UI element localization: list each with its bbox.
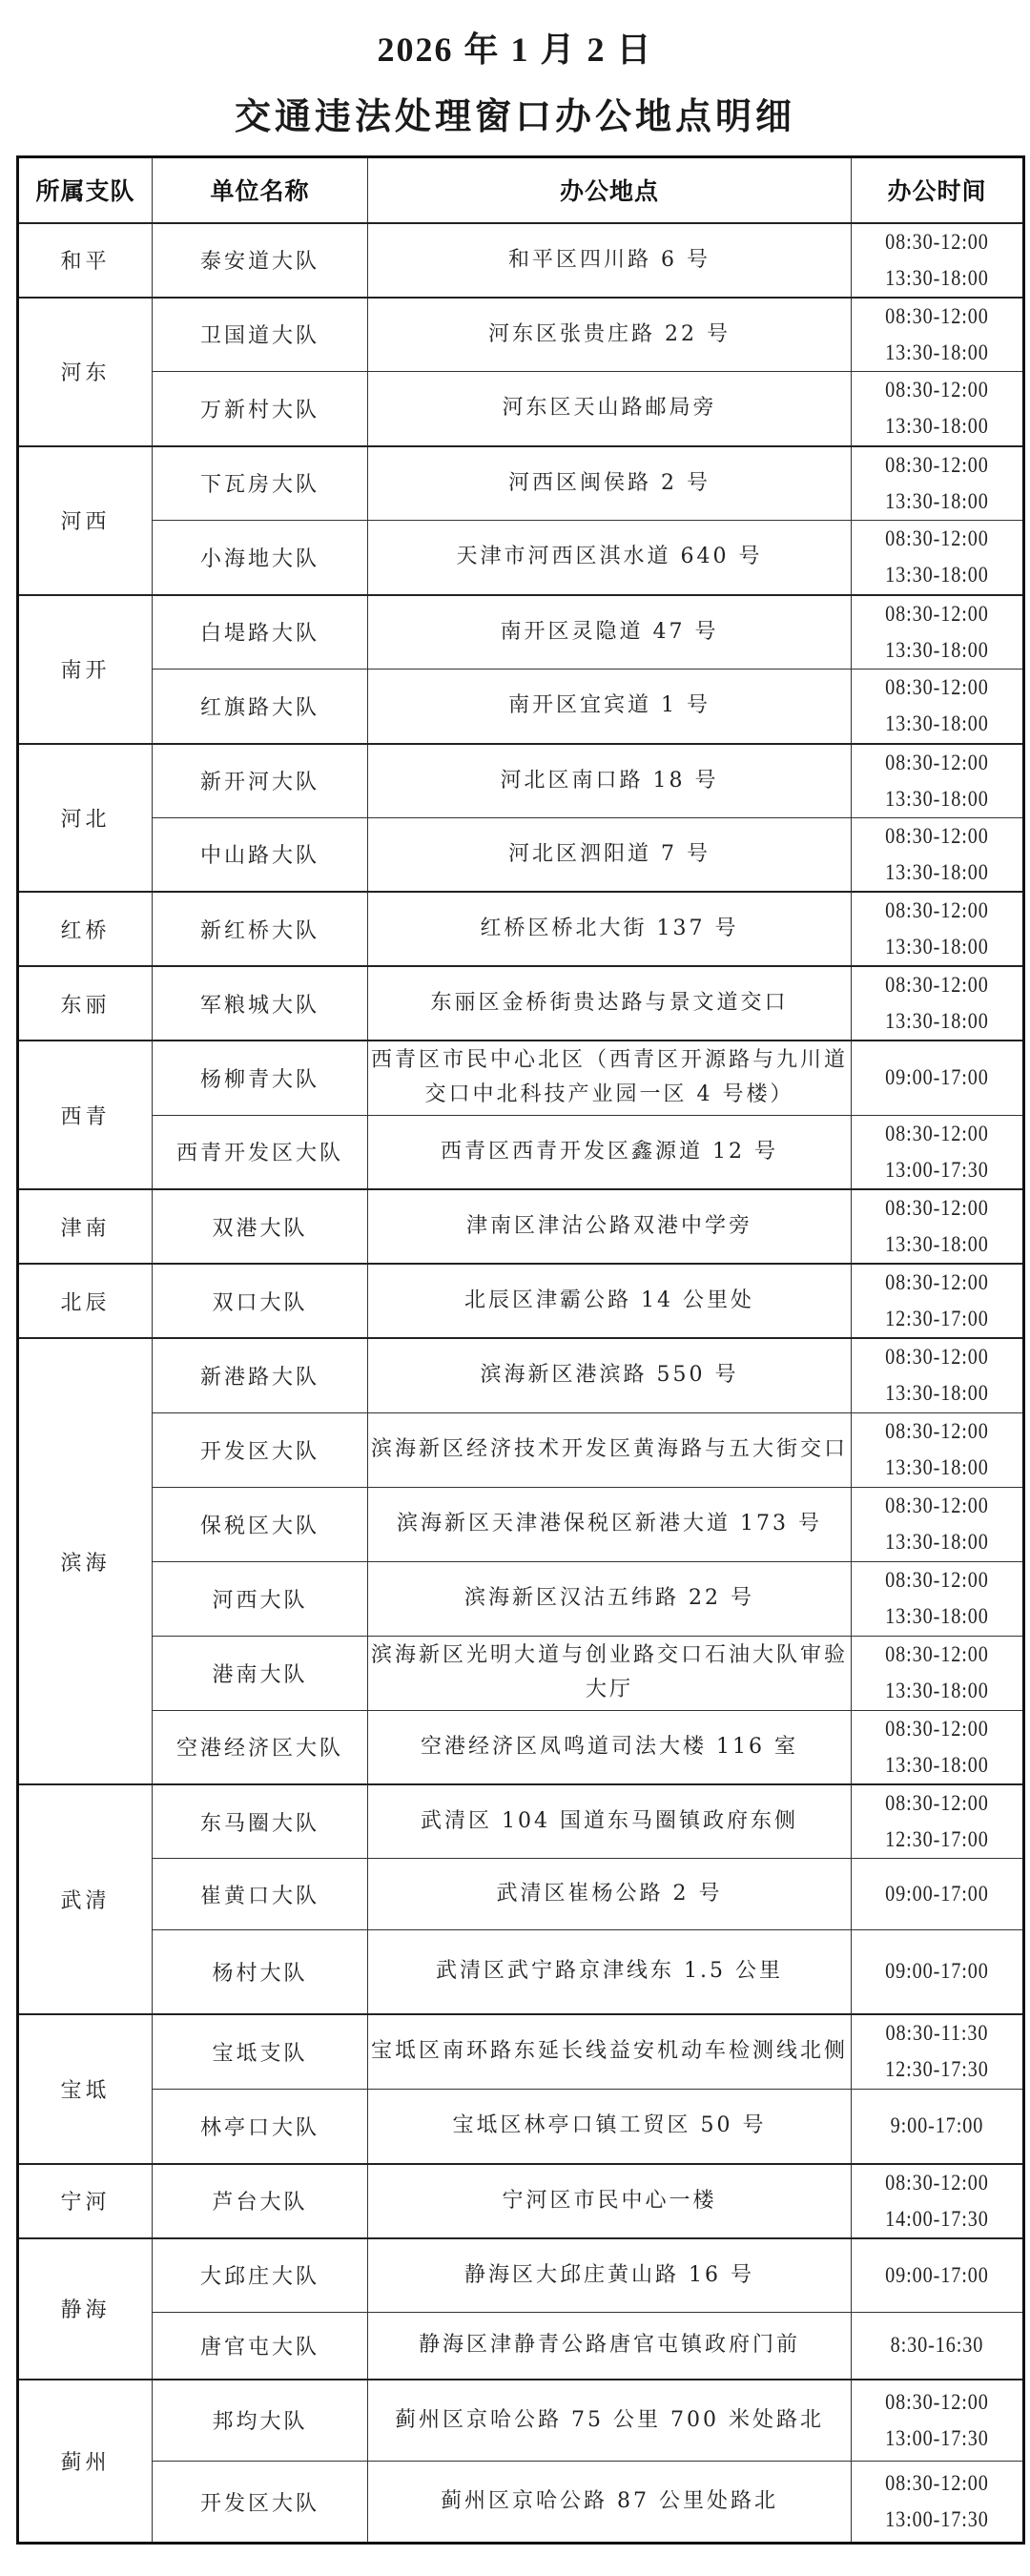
address-cell: 滨海新区汉沽五纬路 22 号: [368, 1561, 852, 1636]
unit-name-cell: 东马圈大队: [153, 1784, 368, 1859]
hours-slot: 13:30-18:00: [862, 632, 1013, 669]
hours-slot: 09:00-17:00: [862, 1876, 1013, 1912]
unit-name-cell: 杨村大队: [153, 1930, 368, 2014]
hours-slot: 13:30-18:00: [862, 1450, 1013, 1486]
table-row: 宝坻宝坻支队宝坻区南环路东延长线益安机动车检测线北侧08:30-11:3012:…: [18, 2014, 1024, 2090]
hours-slot: 13:30-18:00: [862, 1003, 1013, 1040]
unit-name-cell: 崔黄口大队: [153, 1859, 368, 1930]
hours-slot: 08:30-12:00: [862, 1637, 1013, 1673]
unit-name-cell: 泰安道大队: [153, 223, 368, 298]
table-row: 开发区大队滨海新区经济技术开发区黄海路与五大街交口08:30-12:0013:3…: [18, 1412, 1024, 1487]
hours-slot: 09:00-17:00: [862, 1060, 1013, 1096]
hours-cell: 08:30-12:0013:30-18:00: [852, 1561, 1024, 1636]
hours-cell: 08:30-12:0013:30-18:00: [852, 966, 1024, 1041]
table-row: 津南双港大队津南区津沽公路双港中学旁08:30-12:0013:30-18:00: [18, 1189, 1024, 1264]
table-row: 河西大队滨海新区汉沽五纬路 22 号08:30-12:0013:30-18:00: [18, 1561, 1024, 1636]
hours-cell: 8:30-16:30: [852, 2313, 1024, 2380]
hours-cell: 08:30-12:0013:00-17:30: [852, 2380, 1024, 2462]
table-row: 北辰双口大队北辰区津霸公路 14 公里处08:30-12:0012:30-17:…: [18, 1264, 1024, 1338]
branch-cell: 滨海: [18, 1338, 153, 1784]
table-row: 红旗路大队南开区宜宾道 1 号08:30-12:0013:30-18:00: [18, 670, 1024, 744]
hours-cell: 08:30-12:0013:30-18:00: [852, 223, 1024, 298]
address-cell: 宁河区市民中心一楼: [368, 2164, 852, 2238]
unit-name-cell: 红旗路大队: [153, 670, 368, 744]
hours-slot: 08:30-12:00: [862, 1413, 1013, 1450]
hours-cell: 09:00-17:00: [852, 2238, 1024, 2313]
table-row: 开发区大队蓟州区京哈公路 87 公里处路北08:30-12:0013:00-17…: [18, 2462, 1024, 2544]
hours-slot: 13:00-17:30: [862, 1152, 1013, 1188]
address-cell: 静海区大邱庄黄山路 16 号: [368, 2238, 852, 2313]
hours-slot: 08:30-12:00: [862, 2465, 1013, 2502]
hours-slot: 08:30-12:00: [862, 596, 1013, 632]
unit-name-cell: 新开河大队: [153, 744, 368, 818]
hours-slot: 08:30-12:00: [862, 1488, 1013, 1524]
unit-name-cell: 杨柳青大队: [153, 1041, 368, 1115]
table-row: 红桥新红桥大队红桥区桥北大街 137 号08:30-12:0013:30-18:…: [18, 892, 1024, 966]
hours-cell: 9:00-17:00: [852, 2090, 1024, 2164]
header-branch: 所属支队: [18, 157, 153, 223]
address-cell: 西青区市民中心北区（西青区开源路与九川道交口中北科技产业园一区 4 号楼）: [368, 1041, 852, 1115]
hours-slot: 13:30-18:00: [862, 1375, 1013, 1412]
hours-slot: 09:00-17:00: [862, 2257, 1013, 2294]
hours-cell: 08:30-12:0013:30-18:00: [852, 1189, 1024, 1264]
address-cell: 红桥区桥北大街 137 号: [368, 892, 852, 966]
hours-slot: 13:30-18:00: [862, 484, 1013, 520]
unit-name-cell: 新红桥大队: [153, 892, 368, 966]
unit-name-cell: 万新村大队: [153, 372, 368, 446]
hours-slot: 08:30-12:00: [862, 818, 1013, 855]
hours-cell: 08:30-12:0013:30-18:00: [852, 298, 1024, 372]
date-title: 2026 年 1 月 2 日: [0, 27, 1030, 72]
hours-slot: 13:30-18:00: [862, 1747, 1013, 1783]
unit-name-cell: 白堤路大队: [153, 595, 368, 670]
hours-slot: 13:30-18:00: [862, 408, 1013, 444]
unit-name-cell: 开发区大队: [153, 1412, 368, 1487]
table-row: 崔黄口大队武清区崔杨公路 2 号09:00-17:00: [18, 1859, 1024, 1930]
table-row: 和平泰安道大队和平区四川路 6 号08:30-12:0013:30-18:00: [18, 223, 1024, 298]
table-row: 唐官屯大队静海区津静青公路唐官屯镇政府门前8:30-16:30: [18, 2313, 1024, 2380]
branch-cell: 西青: [18, 1041, 153, 1189]
table-row: 林亭口大队宝坻区林亭口镇工贸区 50 号9:00-17:00: [18, 2090, 1024, 2164]
main-title: 交通违法处理窗口办公地点明细: [0, 93, 1030, 139]
unit-name-cell: 芦台大队: [153, 2164, 368, 2238]
address-cell: 滨海新区光明大道与创业路交口石油大队审验大厅: [368, 1636, 852, 1710]
hours-slot: 14:00-17:30: [862, 2201, 1013, 2237]
address-cell: 河西区闽侯路 2 号: [368, 446, 852, 521]
hours-cell: 08:30-12:0012:30-17:00: [852, 1784, 1024, 1859]
hours-slot: 12:30-17:30: [862, 2051, 1013, 2088]
hours-slot: 08:30-11:30: [862, 2015, 1013, 2051]
hours-slot: 09:00-17:00: [862, 1953, 1013, 1989]
branch-cell: 蓟州: [18, 2380, 153, 2544]
hours-slot: 08:30-12:00: [862, 372, 1013, 408]
branch-cell: 东丽: [18, 966, 153, 1041]
address-cell: 天津市河西区淇水道 640 号: [368, 521, 852, 595]
address-cell: 河东区张贵庄路 22 号: [368, 298, 852, 372]
address-cell: 东丽区金桥街贵达路与景文道交口: [368, 966, 852, 1041]
address-cell: 宝坻区林亭口镇工贸区 50 号: [368, 2090, 852, 2164]
hours-slot: 08:30-12:00: [862, 670, 1013, 706]
hours-slot: 08:30-12:00: [862, 745, 1013, 781]
unit-name-cell: 中山路大队: [153, 817, 368, 892]
branch-cell: 红桥: [18, 892, 153, 966]
header-address: 办公地点: [368, 157, 852, 223]
hours-slot: 13:30-18:00: [862, 781, 1013, 817]
table-row: 蓟州邦均大队蓟州区京哈公路 75 公里 700 米处路北08:30-12:001…: [18, 2380, 1024, 2462]
hours-slot: 13:00-17:30: [862, 2502, 1013, 2538]
table-row: 中山路大队河北区泗阳道 7 号08:30-12:0013:30-18:00: [18, 817, 1024, 892]
table-row: 东丽军粮城大队东丽区金桥街贵达路与景文道交口08:30-12:0013:30-1…: [18, 966, 1024, 1041]
table-body: 和平泰安道大队和平区四川路 6 号08:30-12:0013:30-18:00河…: [18, 223, 1024, 2544]
address-cell: 静海区津静青公路唐官屯镇政府门前: [368, 2313, 852, 2380]
table-row: 河东卫国道大队河东区张贵庄路 22 号08:30-12:0013:30-18:0…: [18, 298, 1024, 372]
hours-slot: 08:30-12:00: [862, 224, 1013, 260]
address-cell: 蓟州区京哈公路 75 公里 700 米处路北: [368, 2380, 852, 2462]
hours-cell: 08:30-11:3012:30-17:30: [852, 2014, 1024, 2090]
unit-name-cell: 双口大队: [153, 1264, 368, 1338]
address-cell: 宝坻区南环路东延长线益安机动车检测线北侧: [368, 2014, 852, 2090]
hours-slot: 13:30-18:00: [862, 706, 1013, 742]
table-row: 西青开发区大队西青区西青开发区鑫源道 12 号08:30-12:0013:00-…: [18, 1115, 1024, 1189]
hours-slot: 12:30-17:00: [862, 1301, 1013, 1337]
address-cell: 河北区泗阳道 7 号: [368, 817, 852, 892]
branch-cell: 北辰: [18, 1264, 153, 1338]
unit-name-cell: 西青开发区大队: [153, 1115, 368, 1189]
hours-slot: 13:30-18:00: [862, 855, 1013, 891]
address-cell: 津南区津沽公路双港中学旁: [368, 1189, 852, 1264]
address-cell: 空港经济区凤鸣道司法大楼 116 室: [368, 1710, 852, 1784]
unit-name-cell: 林亭口大队: [153, 2090, 368, 2164]
hours-slot: 08:30-12:00: [862, 967, 1013, 1003]
unit-name-cell: 下瓦房大队: [153, 446, 368, 521]
hours-slot: 9:00-17:00: [862, 2108, 1013, 2144]
unit-name-cell: 军粮城大队: [153, 966, 368, 1041]
hours-slot: 08:30-12:00: [862, 2384, 1013, 2421]
hours-slot: 08:30-12:00: [862, 447, 1013, 484]
hours-cell: 08:30-12:0013:30-18:00: [852, 744, 1024, 818]
address-cell: 西青区西青开发区鑫源道 12 号: [368, 1115, 852, 1189]
table-row: 武清东马圈大队武清区 104 国道东马圈镇政府东侧08:30-12:0012:3…: [18, 1784, 1024, 1859]
hours-slot: 13:30-18:00: [862, 1226, 1013, 1263]
branch-cell: 河东: [18, 298, 153, 446]
hours-cell: 08:30-12:0013:30-18:00: [852, 372, 1024, 446]
branch-cell: 津南: [18, 1189, 153, 1264]
hours-slot: 08:30-12:00: [862, 521, 1013, 557]
address-cell: 滨海新区天津港保税区新港大道 173 号: [368, 1487, 852, 1561]
hours-cell: 09:00-17:00: [852, 1859, 1024, 1930]
address-cell: 和平区四川路 6 号: [368, 223, 852, 298]
hours-slot: 13:30-18:00: [862, 335, 1013, 371]
address-cell: 南开区宜宾道 1 号: [368, 670, 852, 744]
unit-name-cell: 小海地大队: [153, 521, 368, 595]
hours-cell: 08:30-12:0013:30-18:00: [852, 1710, 1024, 1784]
hours-cell: 09:00-17:00: [852, 1930, 1024, 2014]
hours-slot: 08:30-12:00: [862, 1265, 1013, 1301]
office-locations-table: 所属支队 单位名称 办公地点 办公时间 和平泰安道大队和平区四川路 6 号08:…: [16, 155, 1025, 2545]
hours-slot: 08:30-12:00: [862, 1116, 1013, 1152]
unit-name-cell: 港南大队: [153, 1636, 368, 1710]
unit-name-cell: 保税区大队: [153, 1487, 368, 1561]
hours-slot: 8:30-16:30: [862, 2327, 1013, 2363]
branch-cell: 和平: [18, 223, 153, 298]
address-cell: 南开区灵隐道 47 号: [368, 595, 852, 670]
address-cell: 河东区天山路邮局旁: [368, 372, 852, 446]
hours-slot: 08:30-12:00: [862, 299, 1013, 335]
unit-name-cell: 宝坻支队: [153, 2014, 368, 2090]
unit-name-cell: 卫国道大队: [153, 298, 368, 372]
table-row: 杨村大队武清区武宁路京津线东 1.5 公里09:00-17:00: [18, 1930, 1024, 2014]
unit-name-cell: 河西大队: [153, 1561, 368, 1636]
branch-cell: 武清: [18, 1784, 153, 2014]
header-hours: 办公时间: [852, 157, 1024, 223]
hours-slot: 13:30-18:00: [862, 929, 1013, 965]
hours-slot: 08:30-12:00: [862, 1190, 1013, 1226]
header-row: 所属支队 单位名称 办公地点 办公时间: [18, 157, 1024, 223]
table-row: 滨海新港路大队滨海新区港滨路 550 号08:30-12:0013:30-18:…: [18, 1338, 1024, 1412]
table-row: 南开白堤路大队南开区灵隐道 47 号08:30-12:0013:30-18:00: [18, 595, 1024, 670]
header-unit: 单位名称: [153, 157, 368, 223]
address-cell: 武清区武宁路京津线东 1.5 公里: [368, 1930, 852, 2014]
hours-cell: 08:30-12:0013:00-17:30: [852, 2462, 1024, 2544]
table-row: 万新村大队河东区天山路邮局旁08:30-12:0013:30-18:00: [18, 372, 1024, 446]
hours-slot: 13:00-17:30: [862, 2421, 1013, 2457]
table-row: 空港经济区大队空港经济区凤鸣道司法大楼 116 室08:30-12:0013:3…: [18, 1710, 1024, 1784]
branch-cell: 宝坻: [18, 2014, 153, 2164]
address-cell: 河北区南口路 18 号: [368, 744, 852, 818]
table-row: 小海地大队天津市河西区淇水道 640 号08:30-12:0013:30-18:…: [18, 521, 1024, 595]
unit-name-cell: 开发区大队: [153, 2462, 368, 2544]
hours-cell: 08:30-12:0013:30-18:00: [852, 446, 1024, 521]
unit-name-cell: 唐官屯大队: [153, 2313, 368, 2380]
branch-cell: 河西: [18, 446, 153, 595]
hours-slot: 08:30-12:00: [862, 1711, 1013, 1747]
hours-cell: 08:30-12:0013:30-18:00: [852, 521, 1024, 595]
unit-name-cell: 大邱庄大队: [153, 2238, 368, 2313]
address-cell: 滨海新区经济技术开发区黄海路与五大街交口: [368, 1412, 852, 1487]
address-cell: 蓟州区京哈公路 87 公里处路北: [368, 2462, 852, 2544]
hours-cell: 08:30-12:0013:30-18:00: [852, 817, 1024, 892]
table-row: 保税区大队滨海新区天津港保税区新港大道 173 号08:30-12:0013:3…: [18, 1487, 1024, 1561]
table-row: 西青杨柳青大队西青区市民中心北区（西青区开源路与九川道交口中北科技产业园一区 4…: [18, 1041, 1024, 1115]
address-cell: 滨海新区港滨路 550 号: [368, 1338, 852, 1412]
hours-cell: 08:30-12:0012:30-17:00: [852, 1264, 1024, 1338]
hours-cell: 08:30-12:0013:30-18:00: [852, 670, 1024, 744]
address-cell: 北辰区津霸公路 14 公里处: [368, 1264, 852, 1338]
table-row: 河西下瓦房大队河西区闽侯路 2 号08:30-12:0013:30-18:00: [18, 446, 1024, 521]
branch-cell: 南开: [18, 595, 153, 744]
hours-cell: 08:30-12:0013:30-18:00: [852, 1412, 1024, 1487]
hours-cell: 08:30-12:0013:30-18:00: [852, 892, 1024, 966]
unit-name-cell: 双港大队: [153, 1189, 368, 1264]
hours-slot: 12:30-17:00: [862, 1822, 1013, 1858]
hours-cell: 08:30-12:0013:00-17:30: [852, 1115, 1024, 1189]
table-row: 静海大邱庄大队静海区大邱庄黄山路 16 号09:00-17:00: [18, 2238, 1024, 2313]
table-row: 宁河芦台大队宁河区市民中心一楼08:30-12:0014:00-17:30: [18, 2164, 1024, 2238]
hours-cell: 08:30-12:0013:30-18:00: [852, 1636, 1024, 1710]
hours-cell: 08:30-12:0013:30-18:00: [852, 1338, 1024, 1412]
unit-name-cell: 新港路大队: [153, 1338, 368, 1412]
hours-slot: 13:30-18:00: [862, 1598, 1013, 1635]
hours-slot: 08:30-12:00: [862, 1785, 1013, 1822]
hours-cell: 08:30-12:0014:00-17:30: [852, 2164, 1024, 2238]
address-cell: 武清区崔杨公路 2 号: [368, 1859, 852, 1930]
branch-cell: 河北: [18, 744, 153, 893]
hours-slot: 13:30-18:00: [862, 557, 1013, 593]
branch-cell: 静海: [18, 2238, 153, 2380]
hours-cell: 08:30-12:0013:30-18:00: [852, 1487, 1024, 1561]
hours-slot: 08:30-12:00: [862, 893, 1013, 929]
hours-cell: 09:00-17:00: [852, 1041, 1024, 1115]
table-row: 河北新开河大队河北区南口路 18 号08:30-12:0013:30-18:00: [18, 744, 1024, 818]
hours-slot: 13:30-18:00: [862, 1673, 1013, 1709]
table-row: 港南大队滨海新区光明大道与创业路交口石油大队审验大厅08:30-12:0013:…: [18, 1636, 1024, 1710]
unit-name-cell: 空港经济区大队: [153, 1710, 368, 1784]
hours-slot: 13:30-18:00: [862, 1524, 1013, 1560]
unit-name-cell: 邦均大队: [153, 2380, 368, 2462]
hours-cell: 08:30-12:0013:30-18:00: [852, 595, 1024, 670]
branch-cell: 宁河: [18, 2164, 153, 2238]
hours-slot: 08:30-12:00: [862, 2165, 1013, 2201]
hours-slot: 13:30-18:00: [862, 260, 1013, 297]
address-cell: 武清区 104 国道东马圈镇政府东侧: [368, 1784, 852, 1859]
hours-slot: 08:30-12:00: [862, 1562, 1013, 1598]
hours-slot: 08:30-12:00: [862, 1339, 1013, 1375]
